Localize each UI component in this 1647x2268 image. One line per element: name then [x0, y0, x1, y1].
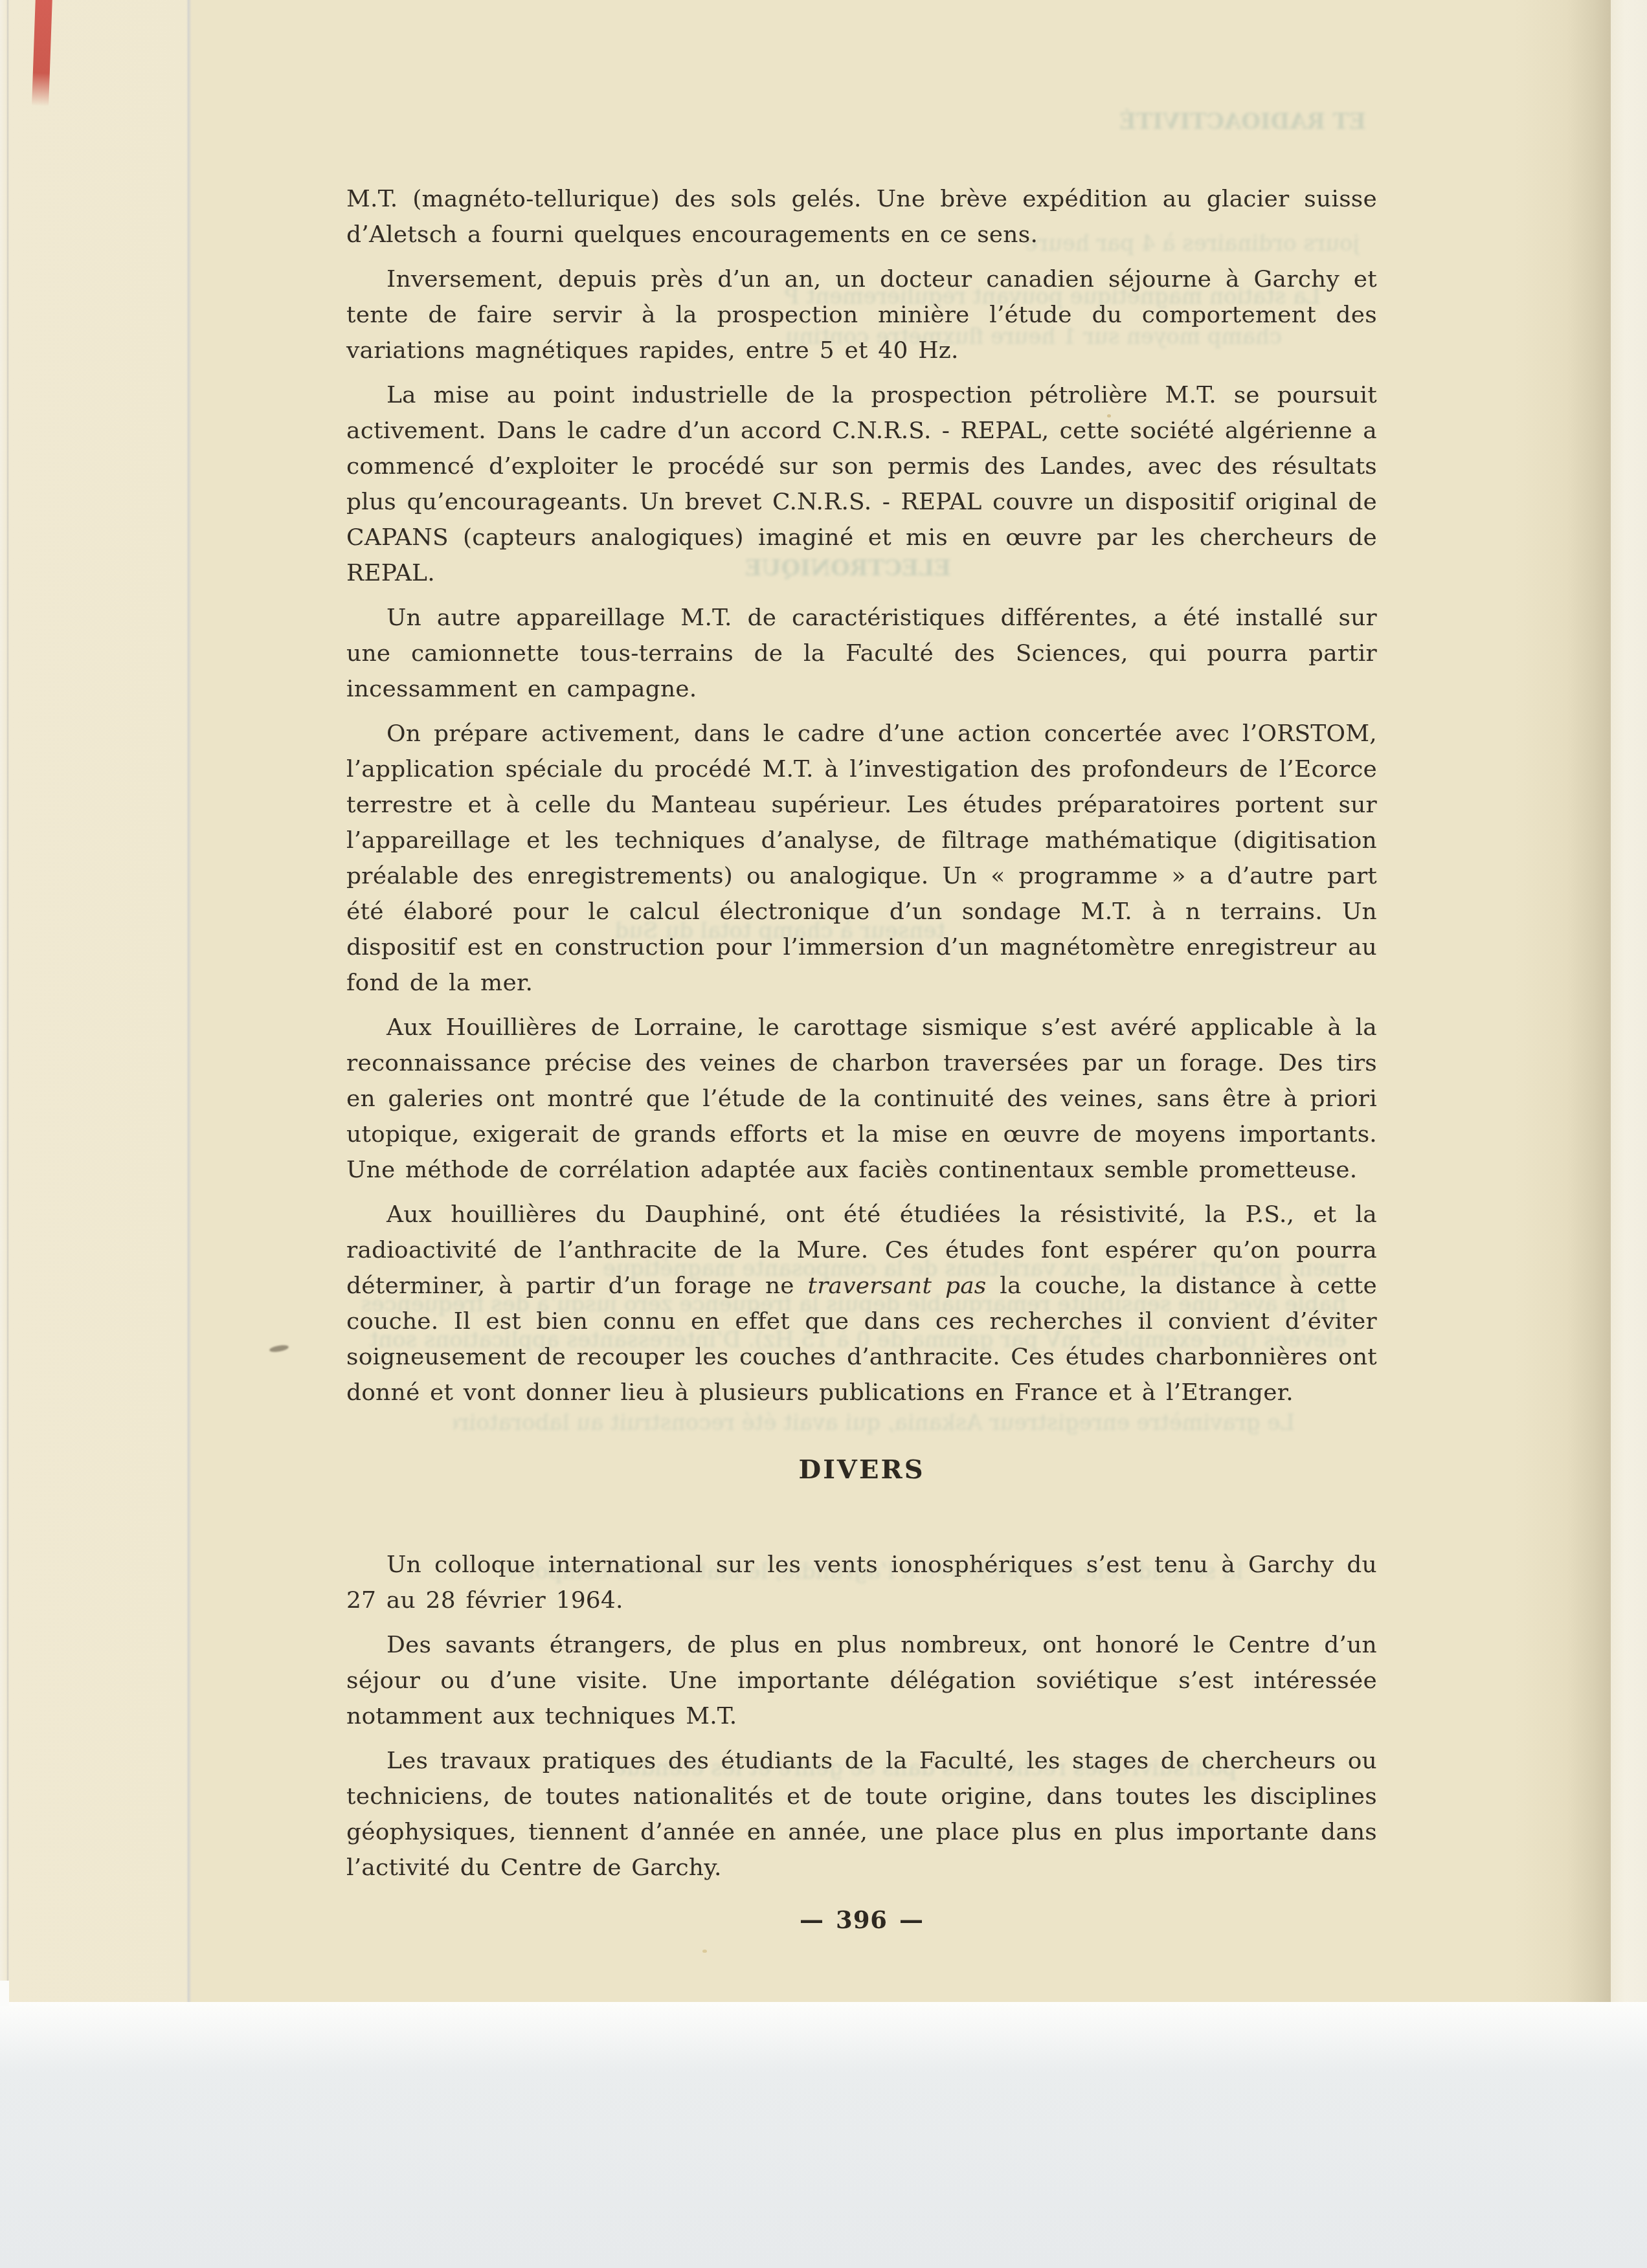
paper-fleck — [702, 1950, 707, 1953]
paragraph: Un autre appareillage M.T. de caractéris… — [346, 600, 1377, 707]
book-page-paper: ET RADIOACTIVITÉ jours ordinaires à 4 pa… — [0, 0, 1611, 2002]
paragraph: On prépare activement, dans le cadre d’u… — [346, 716, 1377, 1001]
showthrough-line: ET RADIOACTIVITÉ — [926, 109, 1366, 135]
paragraph: Inversement, depuis près d’un an, un doc… — [346, 261, 1377, 368]
scanner-background — [0, 2002, 1647, 2268]
paragraph: M.T. (magnéto-tellurique) des sols gelés… — [346, 181, 1377, 252]
section-heading-divers: DIVERS — [346, 1452, 1377, 1487]
paragraph: Un colloque international sur les vents … — [346, 1547, 1377, 1618]
red-cover-sliver — [32, 0, 52, 106]
paragraph: La mise au point industrielle de la pros… — [346, 377, 1377, 591]
page-number: — 396 — — [346, 1902, 1377, 1938]
paragraph: Les travaux pratiques des étudiants de l… — [346, 1743, 1377, 1885]
next-page-edge — [1611, 0, 1647, 2002]
text-column: M.T. (magnéto-tellurique) des sols gelés… — [346, 181, 1377, 1938]
scanned-book-page: ET RADIOACTIVITÉ jours ordinaires à 4 pa… — [0, 0, 1647, 2268]
pencil-smudge — [269, 1344, 289, 1353]
scanner-background-corner — [0, 1981, 9, 2007]
paragraph: Des savants étrangers, de plus en plus n… — [346, 1627, 1377, 1734]
paragraph: Aux houillières du Dauphiné, ont été étu… — [346, 1197, 1377, 1410]
paragraph: Aux Houillières de Lorraine, le carottag… — [346, 1010, 1377, 1188]
italic-phrase: traversant pas — [808, 1273, 987, 1299]
